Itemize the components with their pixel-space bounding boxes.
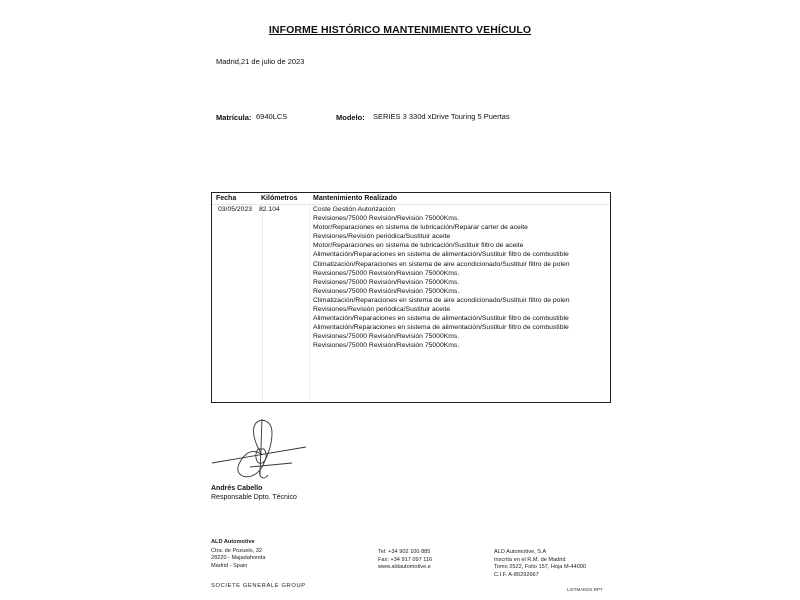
maintenance-item: Motor/Reparaciones en sistema de lubrica… <box>313 241 573 250</box>
maintenance-item: Alimentación/Reparaciones en sistema de … <box>313 314 573 323</box>
footer-registry-line: Tomo 2522, Folio 157, Hoja M-44090 <box>494 564 586 572</box>
maintenance-item: Alimentación/Reparaciones en sistema de … <box>313 250 573 259</box>
maintenance-item: Revisiones/75000 Revisión/Revisión 75000… <box>313 278 573 287</box>
maintenance-item: Revisiones/Revisión periódica/Sustituir … <box>313 305 573 314</box>
maintenance-item: Revisiones/75000 Revisión/Revisión 75000… <box>313 269 573 278</box>
footer-contact: Tel: +34 902 100 885 Fax: +34 917 097 11… <box>378 549 432 572</box>
matricula-value: 6940LCS <box>256 112 287 121</box>
maintenance-item: Motor/Reparaciones en sistema de lubrica… <box>313 223 573 232</box>
footer-registry-line: ALD Automotive, S.A <box>494 549 586 557</box>
maintenance-item: Revisiones/75000 Revisión/Revisión 75000… <box>313 341 573 350</box>
maintenance-table: Fecha Kilómetros Mantenimiento Realizado… <box>211 192 611 403</box>
maintenance-item: Revisiones/75000 Revisión/Revisión 75000… <box>313 332 573 341</box>
footer-registry: ALD Automotive, S.A Inscrita en el R.M. … <box>494 549 586 579</box>
maintenance-item: Revisiones/75000 Revisión/Revisión 75000… <box>313 214 573 223</box>
footer-company: ALD Automotive <box>211 539 255 545</box>
footer-registry-line: C.I.F. A-80292667 <box>494 572 586 580</box>
signer-name: Andrés Cabello <box>211 485 262 492</box>
footer-phone: Tel: +34 902 100 885 <box>378 549 432 557</box>
footer-fax: Fax: +34 917 097 116 <box>378 557 432 565</box>
maintenance-item: Coste Gestión Autorización <box>313 205 573 214</box>
maintenance-item: Revisiones/75000 Revisión/Revisión 75000… <box>313 287 573 296</box>
matricula-label: Matrícula: <box>216 113 251 122</box>
maintenance-item: Revisiones/Revisión periódica/Sustituir … <box>313 232 573 241</box>
document-title: INFORME HISTÓRICO MANTENIMIENTO VEHÍCULO <box>0 24 800 36</box>
header-mantenimiento: Mantenimiento Realizado <box>313 195 397 202</box>
cell-mantenimiento-list: Coste Gestión AutorizaciónRevisiones/750… <box>313 205 573 351</box>
column-divider <box>262 205 263 402</box>
signer-role: Responsable Dpto. Técnico <box>211 494 297 501</box>
footer-address-line: 28220 - Majadahonda <box>211 555 265 563</box>
cell-kilometros: 82.104 <box>259 205 280 214</box>
maintenance-item: Climatización/Reparaciones en sistema de… <box>313 296 573 305</box>
footer-registry-line: Inscrita en el R.M. de Madrid <box>494 557 586 565</box>
footer-address-line: Ctra. de Pozuelo, 32 <box>211 548 265 556</box>
modelo-label: Modelo: <box>336 113 365 122</box>
maintenance-item: Alimentación/Reparaciones en sistema de … <box>313 323 573 332</box>
signature-icon <box>210 415 315 485</box>
footer-address-line: Madrid - Spain <box>211 563 265 571</box>
maintenance-item: Climatización/Reparaciones en sistema de… <box>313 260 573 269</box>
place-date: Madrid,21 de julio de 2023 <box>216 57 304 66</box>
modelo-value: SERIES 3 330d xDrive Touring 5 Puertas <box>373 112 510 121</box>
cell-fecha: 03/05/2023 <box>218 205 252 214</box>
column-divider <box>309 205 310 402</box>
footer-website[interactable]: www.aldautomotive.e <box>378 564 432 572</box>
report-code: LISTMANO2.RPT <box>567 587 603 592</box>
footer-address: ALD Automotive Ctra. de Pozuelo, 32 2822… <box>211 539 265 570</box>
header-kilometros: Kilómetros <box>261 195 298 202</box>
group-name: SOCIETE GENERALE GROUP <box>211 583 306 589</box>
header-fecha: Fecha <box>216 195 236 202</box>
